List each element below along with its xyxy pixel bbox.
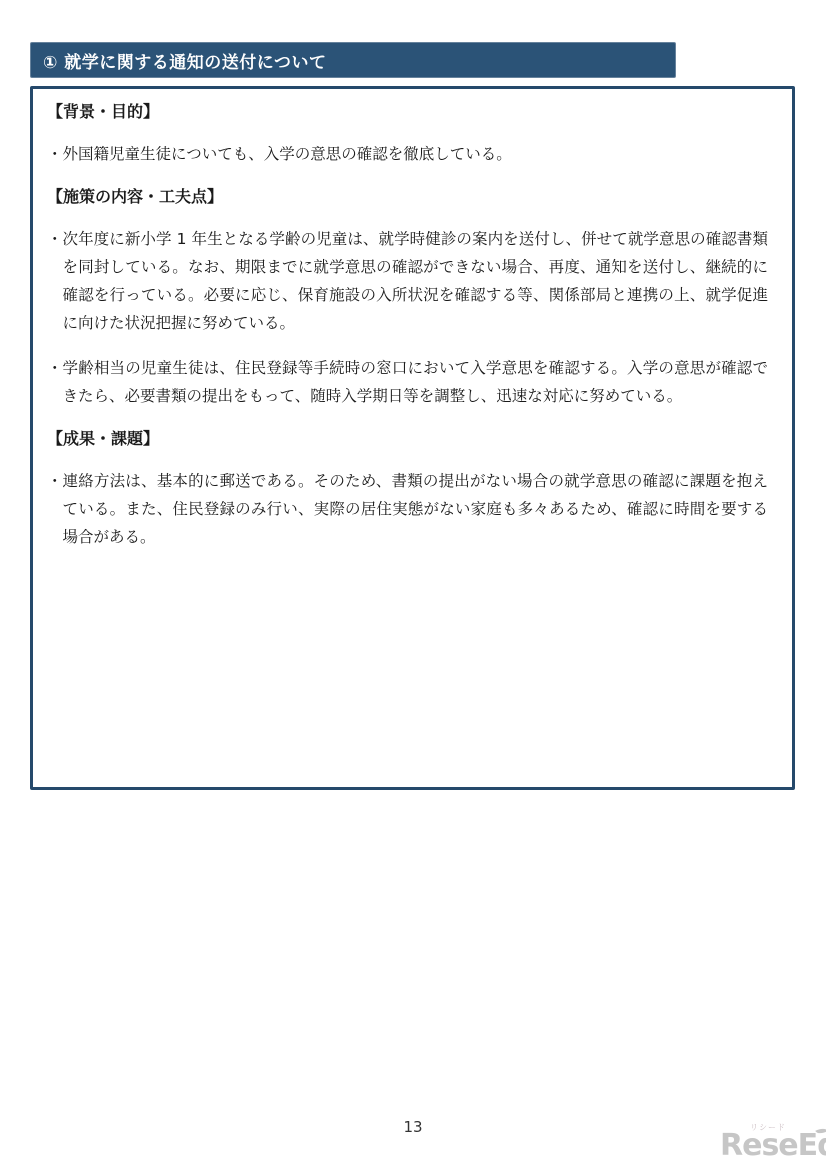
bullet-marker: ・ bbox=[47, 354, 63, 410]
content-box: 【背景・目的】 ・ 外国籍児童生徒についても、入学の意思の確認を徹底している。 … bbox=[30, 86, 795, 790]
bullet-text: 外国籍児童生徒についても、入学の意思の確認を徹底している。 bbox=[63, 140, 768, 168]
section-heading-background-purpose: 【背景・目的】 bbox=[47, 101, 768, 123]
reseed-logo: ReseEd bbox=[720, 1128, 826, 1164]
section-heading-measures: 【施策の内容・工夫点】 bbox=[47, 186, 768, 208]
bullet-item: ・ 外国籍児童生徒についても、入学の意思の確認を徹底している。 bbox=[47, 140, 768, 168]
page-number: 13 bbox=[0, 1118, 826, 1136]
bullet-marker: ・ bbox=[47, 467, 63, 551]
section-heading-results-issues: 【成果・課題】 bbox=[47, 428, 768, 450]
bullet-item: ・ 学齢相当の児童生徒は、住民登録等手続時の窓口において入学意思を確認する。入学… bbox=[47, 354, 768, 410]
bullet-item: ・ 次年度に新小学 1 年生となる学齢の児童は、就学時健診の案内を送付し、併せて… bbox=[47, 225, 768, 337]
reseed-watermark: リシード ReseEd bbox=[720, 1120, 826, 1166]
bullet-text: 連絡方法は、基本的に郵送である。そのため、書類の提出がない場合の就学意思の確認に… bbox=[63, 467, 768, 551]
bullet-text: 学齢相当の児童生徒は、住民登録等手続時の窓口において入学意思を確認する。入学の意… bbox=[63, 354, 768, 410]
title-bar: ① 就学に関する通知の送付について bbox=[30, 42, 676, 78]
bullet-marker: ・ bbox=[47, 225, 63, 337]
bullet-item: ・ 連絡方法は、基本的に郵送である。そのため、書類の提出がない場合の就学意思の確… bbox=[47, 467, 768, 551]
bullet-marker: ・ bbox=[47, 140, 63, 168]
page-title: ① 就学に関する通知の送付について bbox=[43, 48, 326, 73]
bullet-text: 次年度に新小学 1 年生となる学齢の児童は、就学時健診の案内を送付し、併せて就学… bbox=[63, 225, 768, 337]
document-page: ① 就学に関する通知の送付について 【背景・目的】 ・ 外国籍児童生徒についても… bbox=[0, 0, 826, 1167]
